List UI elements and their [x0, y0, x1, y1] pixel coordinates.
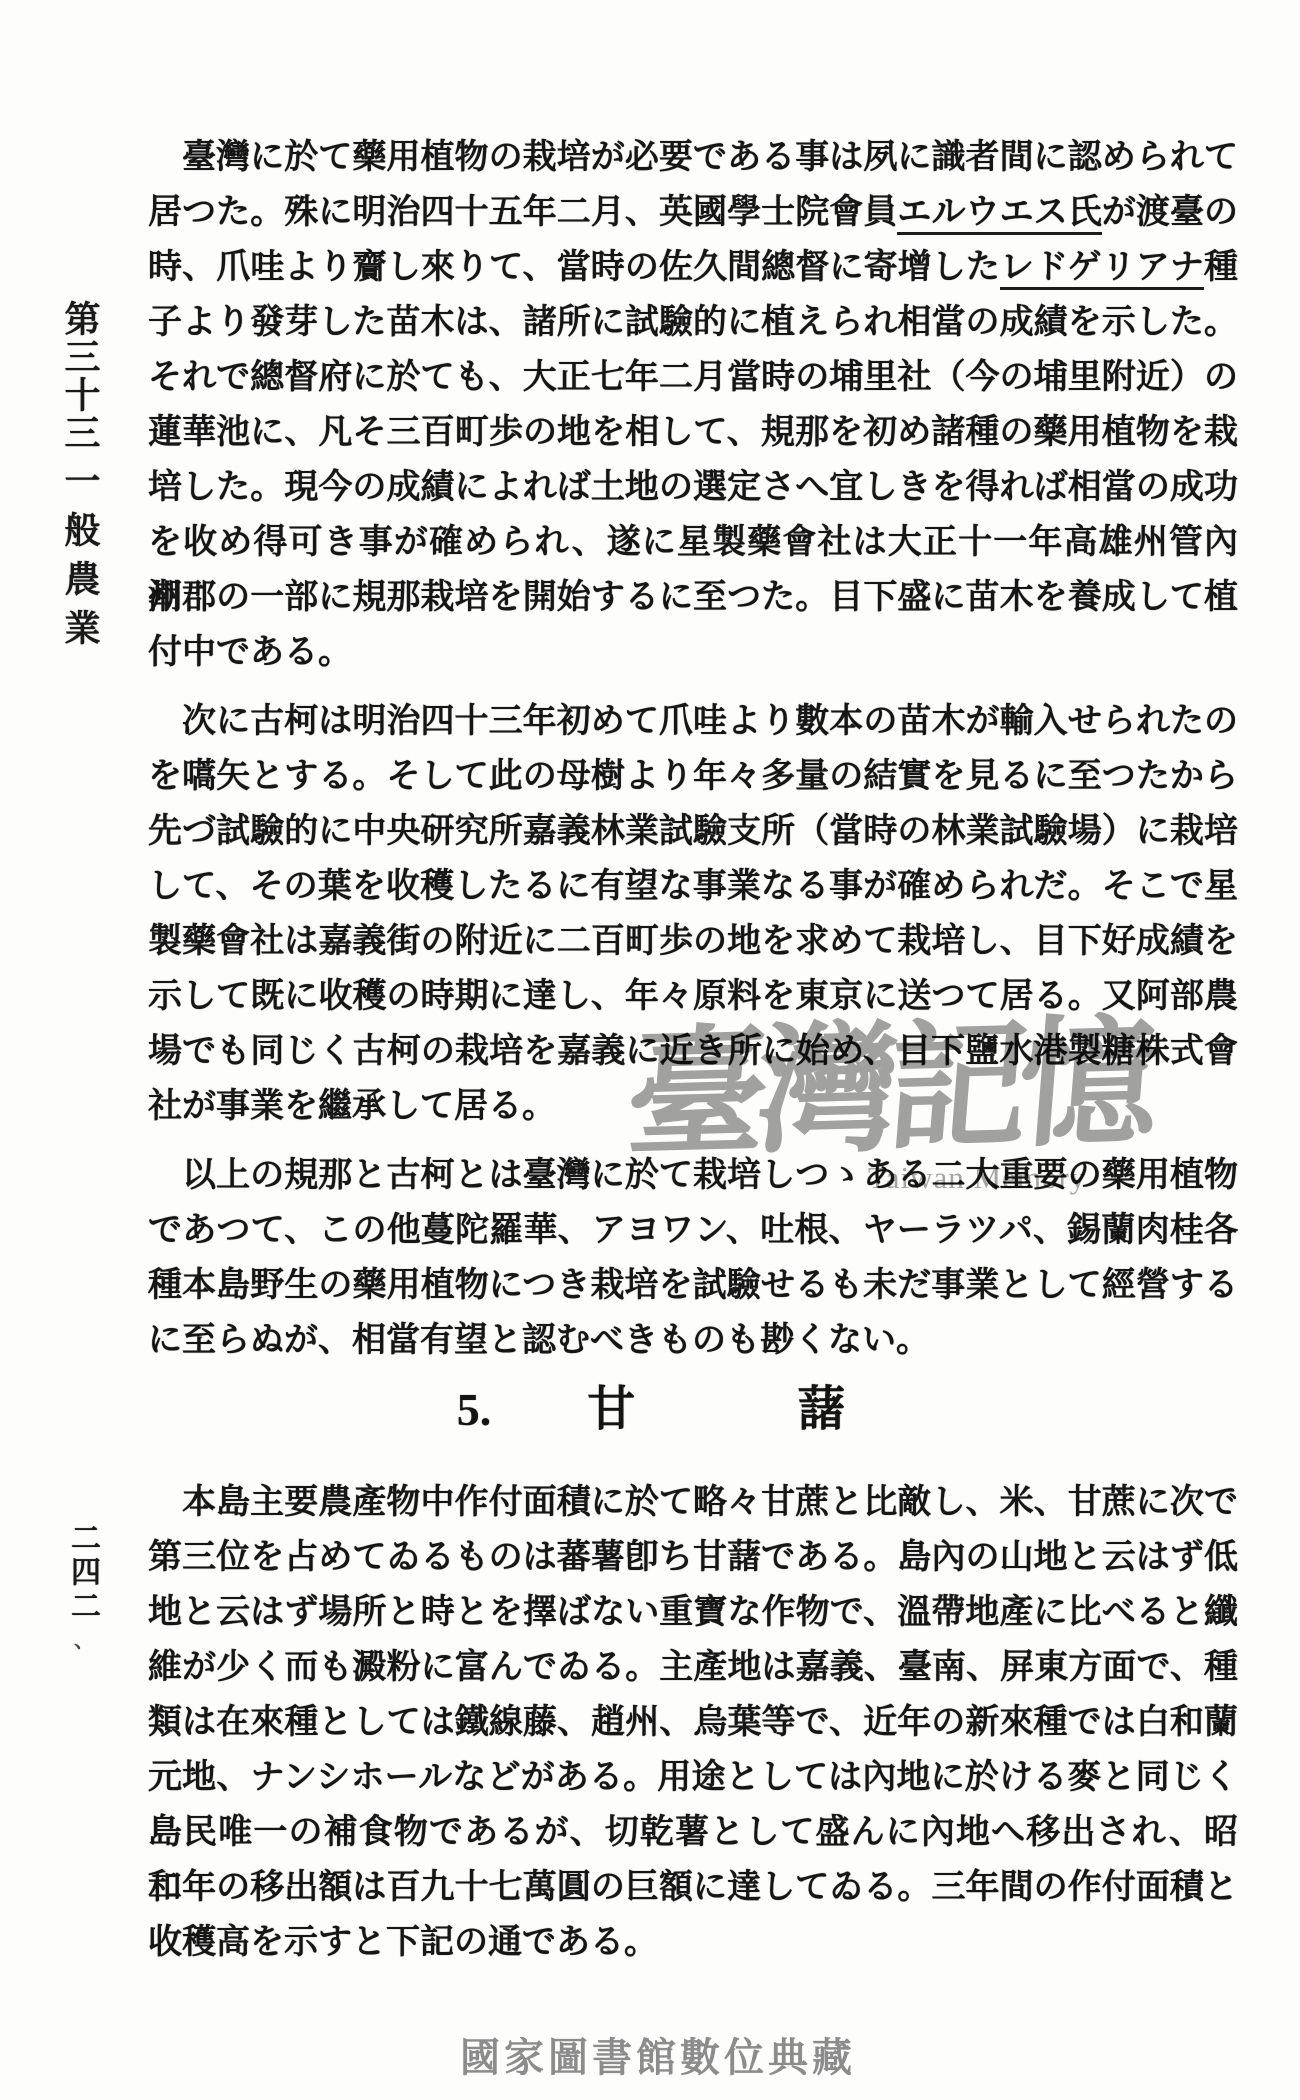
text-line: 島民唯一の補食物であるが、切乾薯として盛んに內地へ移出され、昭和 — [148, 1805, 1238, 1860]
scanned-page: 第三十三 一般農業 二四二 、 臺灣に於て藥用植物の栽培が必要である事は夙に識者… — [0, 0, 1300, 2100]
text-line: 臺灣に於て藥用植物の栽培が必要である事は夙に識者間に認められて — [148, 130, 1238, 185]
proper-noun-underline: レドゲリアナ — [1000, 249, 1204, 290]
text-line: 州郡の一部に規那栽培を開始するに至つた。目下盛に苗木を養成して植 — [148, 570, 1238, 625]
taiwan-memory-latin-watermark: Taiwan Memory — [868, 1160, 1086, 1196]
text-line: 製藥會社は嘉義街の附近に二百町歩の地を求めて栽培し、目下好成績を — [148, 914, 1238, 969]
section-title-char-left: 甘 — [587, 1382, 635, 1437]
text-line: 收穫高を示すと下記の通である。 — [148, 1915, 1238, 1970]
text-line: 次に古柯は明治四十三年初めて爪哇より數本の苗木が輸入せられたの — [148, 694, 1238, 749]
taiwan-memory-cjk-watermark: 臺灣記憶 — [621, 1009, 1154, 1173]
text-line: に至らぬが、相當有望と認むべきものも尠くない。 — [148, 1313, 1238, 1368]
text-line: 第三位を占めてゐるものは蕃薯卽ち甘藷である。島內の山地と云はず低 — [148, 1530, 1238, 1585]
section-heading-sweet-potato: 5. 甘 藷 — [106, 1382, 1196, 1437]
text-line: それで總督府に於ても、大正七年二月當時の埔里社（今の埔里附近）の — [148, 350, 1238, 405]
section-title-char-right: 藷 — [797, 1382, 845, 1437]
library-digital-archive-caption: 國家圖書館數位典藏 — [460, 2026, 856, 2083]
text-line: であつて、この他蔓陀羅華、アヨワン、吐根、ヤーラツパ、錫蘭肉桂各 — [148, 1203, 1238, 1258]
text-line: を嚆矢とする。そして此の母樹より年々多量の結實を見るに至つたから — [148, 749, 1238, 804]
text-line: 居つた。殊に明治四十五年二月、英國學士院會員エルウエス氏が渡臺の — [148, 185, 1238, 240]
text-line: 種本島野生の藥用植物につき栽培を試驗せるも未だ事業として經營する — [148, 1258, 1238, 1313]
text-line: 本島主要農產物中作付面積に於て略々甘蔗と比敵し、米、甘蔗に次で — [148, 1475, 1238, 1530]
text-line: を收め得可き事が確められ、遂に星製藥會社は大正十一年高雄州管內潮 — [148, 515, 1238, 570]
text-line: 蓮華池に、凡そ三百町歩の地を相して、規那を初め諸種の藥用植物を栽 — [148, 405, 1238, 460]
page-number-vertical: 二四二 — [60, 1522, 104, 1624]
text-line: 元地、ナンシホールなどがある。用途としては內地に於ける麥と同じく — [148, 1750, 1238, 1805]
text-line: 二年の移出額は百九十七萬圓の巨額に達してゐる。三年間の作付面積と — [148, 1860, 1238, 1915]
text-line: 維が少く而も澱粉に富んでゐる。主產地は嘉義、臺南、屏東方面で、種 — [148, 1640, 1238, 1695]
text-line: 子より發芽した苗木は、諸所に試驗的に植えられ相當の成績を示した。 — [148, 295, 1238, 350]
text-line: して、その葉を收穫したるに有望な事業なる事が確められだ。そこで星 — [148, 859, 1238, 914]
proper-noun-underline: エルウエス氏 — [897, 194, 1101, 235]
text-line: 培した。現今の成績によれば土地の選定さへ宜しきを得れば相當の成功 — [148, 460, 1238, 515]
margin-chapter-label: 第三十三 — [55, 300, 106, 452]
text-line: 先づ試驗的に中央研究所嘉義林業試驗支所（當時の林業試驗場）に栽培 — [148, 804, 1238, 859]
text-line: 時、爪哇より齎し來りて、當時の佐久間總督に寄增したレドゲリアナ種 — [148, 240, 1238, 295]
page-number-comma-mark: 、 — [74, 1624, 94, 1653]
text-line: 類は在來種としては鐵線藤、趙州、烏葉等で、近年の新來種では白和蘭 — [148, 1695, 1238, 1750]
margin-section-label: 一般農業 — [55, 462, 106, 658]
text-line: 付中である。 — [148, 625, 1238, 680]
paragraph-sweet-potato: 本島主要農產物中作付面積に於て略々甘蔗と比敵し、米、甘蔗に次で第三位を占めてゐる… — [148, 1475, 1238, 1970]
paragraph-medicinal-plants-cinchona: 臺灣に於て藥用植物の栽培が必要である事は夙に識者間に認められて居つた。殊に明治四… — [148, 130, 1238, 680]
text-line: 地と云はず場所と時とを擇ばない重寶な作物で、溫帶地產に比べると纖 — [148, 1585, 1238, 1640]
section-number: 5. — [457, 1382, 492, 1437]
